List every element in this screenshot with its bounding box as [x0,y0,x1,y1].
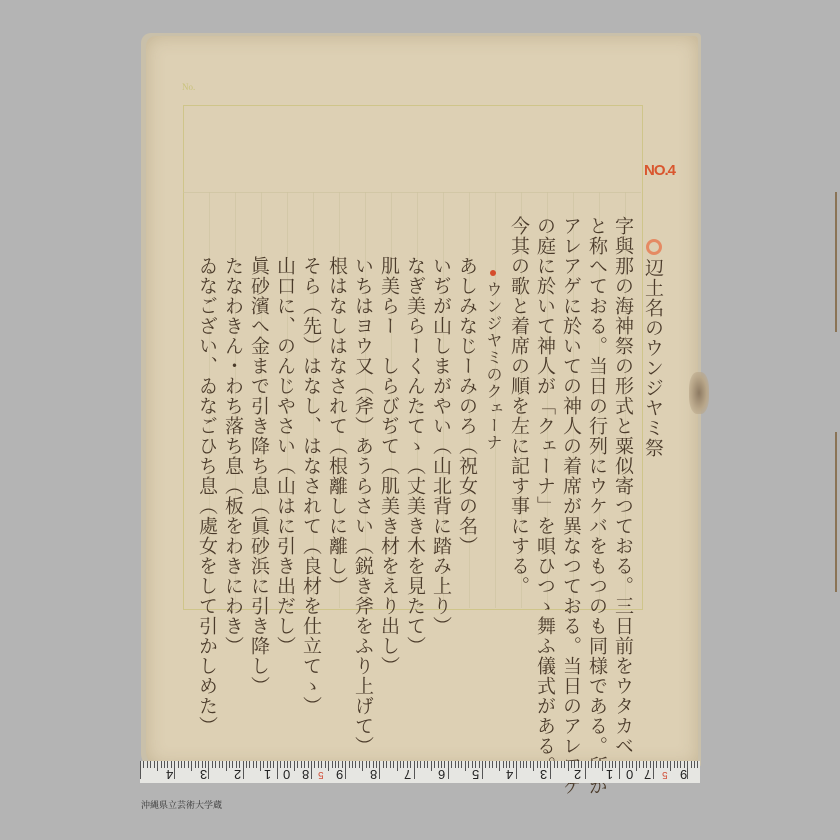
binding-mark [835,192,840,332]
text-column: アレアゲに於いての神人の着席が異なつておる。当日のアレアゲ [560,216,582,796]
song-line: 山口に、のんじやさい（山はに引き出だし） [274,256,296,656]
song-line: ゐなござい、ゐなごひち息（處女をして引かしめた） [196,256,218,736]
title-circle-marker [646,239,662,255]
song-line: 肌美らー しらびぢて（肌美き材をえり出し） [378,256,400,676]
text-column: 字與那の海神祭の形式と粟似寄つておる。三日前をウタカベ [612,216,634,756]
binding-mark [835,432,840,592]
song-title-dot-marker [490,270,496,276]
song-line: たなわきん・わち落ち息（板をわきにわき） [222,256,244,656]
text-column: と称へておる。当日の行列にウケバをもつのも同様である。所が [586,216,608,796]
song-line: そら（先）はなし、はなされて（良材を仕立てゝ） [300,256,322,716]
song-line: あしみなじーみのろ（祝女の名） [456,256,478,556]
manuscript-page: No. NO.4 辺土名のウンジヤミ祭 字與那の海神祭の形式と粟似寄つておる。三… [146,36,698,766]
collection-credit: 沖縄県立芸術大学蔵 [141,798,222,811]
song-line: 眞砂濱へ金まで引き降ち息（眞砂浜に引き降し） [248,256,270,696]
song-line: なぎ美らーくんたてゝ（丈美き木を見たて） [404,256,426,656]
no-label: No. [182,82,195,92]
song-line: いぢが山しまがやい（山北背に踏み上り） [430,256,452,636]
song-title-column: ウンジヤミのクェーナ [482,281,504,451]
scale-ruler: 4 3 2 1 0 8 5 9 8 7 6 5 4 3 2 1 0 7 5 9 [140,761,700,783]
page-number: NO.4 [644,162,675,179]
text-column: 今其の歌と着席の順を左に記す事にする。 [508,216,530,596]
title-column: 辺土名のウンジヤミ祭 [642,258,664,458]
text-column: の庭に於いて神人が「クェーナ」を唄ひつゝ舞ふ儀式がある。 [534,216,556,776]
song-line: 根はなしはなされて（根離しに離し） [326,256,348,596]
ink-stain [689,372,709,414]
song-line: いちはヨウ又（斧）あうらさい（鋭き斧をふり上げて） [352,256,374,756]
